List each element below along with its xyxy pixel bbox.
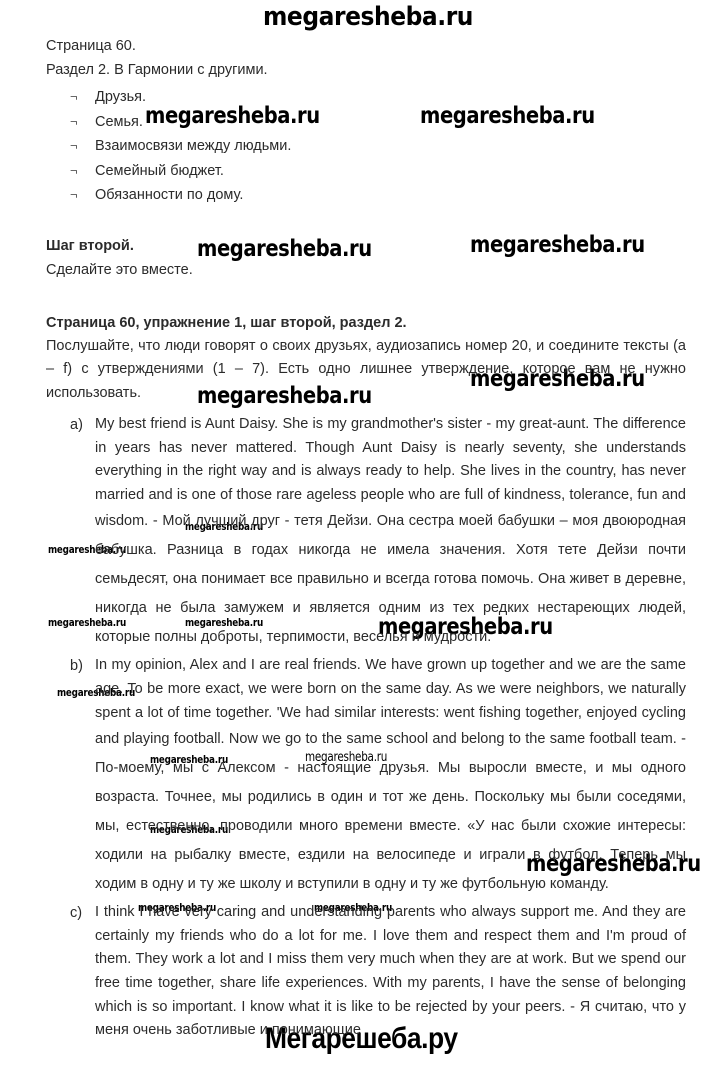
item-russian: - По-моему, мы с Алексом - настоящие дру… [95,731,686,892]
exercise-instructions: Послушайте, что люди говорят о своих дру… [46,335,686,406]
bullet-icon: ¬ [70,85,78,110]
topic-item: ¬Семейный бюджет. [46,159,686,184]
exercise-title: Страница 60, упражнение 1, шаг второй, р… [46,311,686,335]
item-text: My best friend is Aunt Daisy. She is my … [95,413,686,652]
step-title: Шаг второй. [46,234,686,258]
item-label: c) [70,901,82,925]
topic-item: ¬Обязанности по дому. [46,183,686,208]
exercise-item-a: a) My best friend is Aunt Daisy. She is … [46,413,686,652]
bullet-icon: ¬ [70,110,78,135]
topic-item: ¬Взаимосвязи между людьми. [46,134,686,159]
item-english: In my opinion, Alex and I are real frien… [95,657,686,747]
topic-label: Друзья. [95,89,146,105]
item-label: a) [70,413,83,437]
page-number: Страница 60. [46,34,686,58]
document-body: Страница 60. Раздел 2. В Гармонии с друг… [46,34,686,1043]
bullet-icon: ¬ [70,134,78,159]
exercise-items: a) My best friend is Aunt Daisy. She is … [46,413,686,1043]
step-subtitle: Сделайте это вместе. [46,258,686,282]
topic-list: ¬Друзья. ¬Семья. ¬Взаимосвязи между людь… [46,85,686,208]
topic-label: Обязанности по дому. [95,187,243,203]
watermark-header: megaresheba.ru [263,2,473,32]
topic-label: Семейный бюджет. [95,163,224,179]
topic-item: ¬Друзья. [46,85,686,110]
topic-label: Взаимосвязи между людьми. [95,138,291,154]
item-label: b) [70,654,83,678]
section-title: Раздел 2. В Гармонии с другими. [46,58,686,82]
exercise-item-c: c) I think I have very caring and unders… [46,901,686,1043]
bullet-icon: ¬ [70,159,78,184]
topic-label: Семья. [95,114,143,130]
item-text: I think I have very caring and understan… [95,901,686,1043]
item-text: In my opinion, Alex and I are real frien… [95,654,686,899]
topic-item: ¬Семья. [46,110,686,135]
bullet-icon: ¬ [70,183,78,208]
exercise-item-b: b) In my opinion, Alex and I are real fr… [46,654,686,899]
item-russian: - Мой лучший друг - тетя Дейзи. Она сест… [95,513,686,645]
